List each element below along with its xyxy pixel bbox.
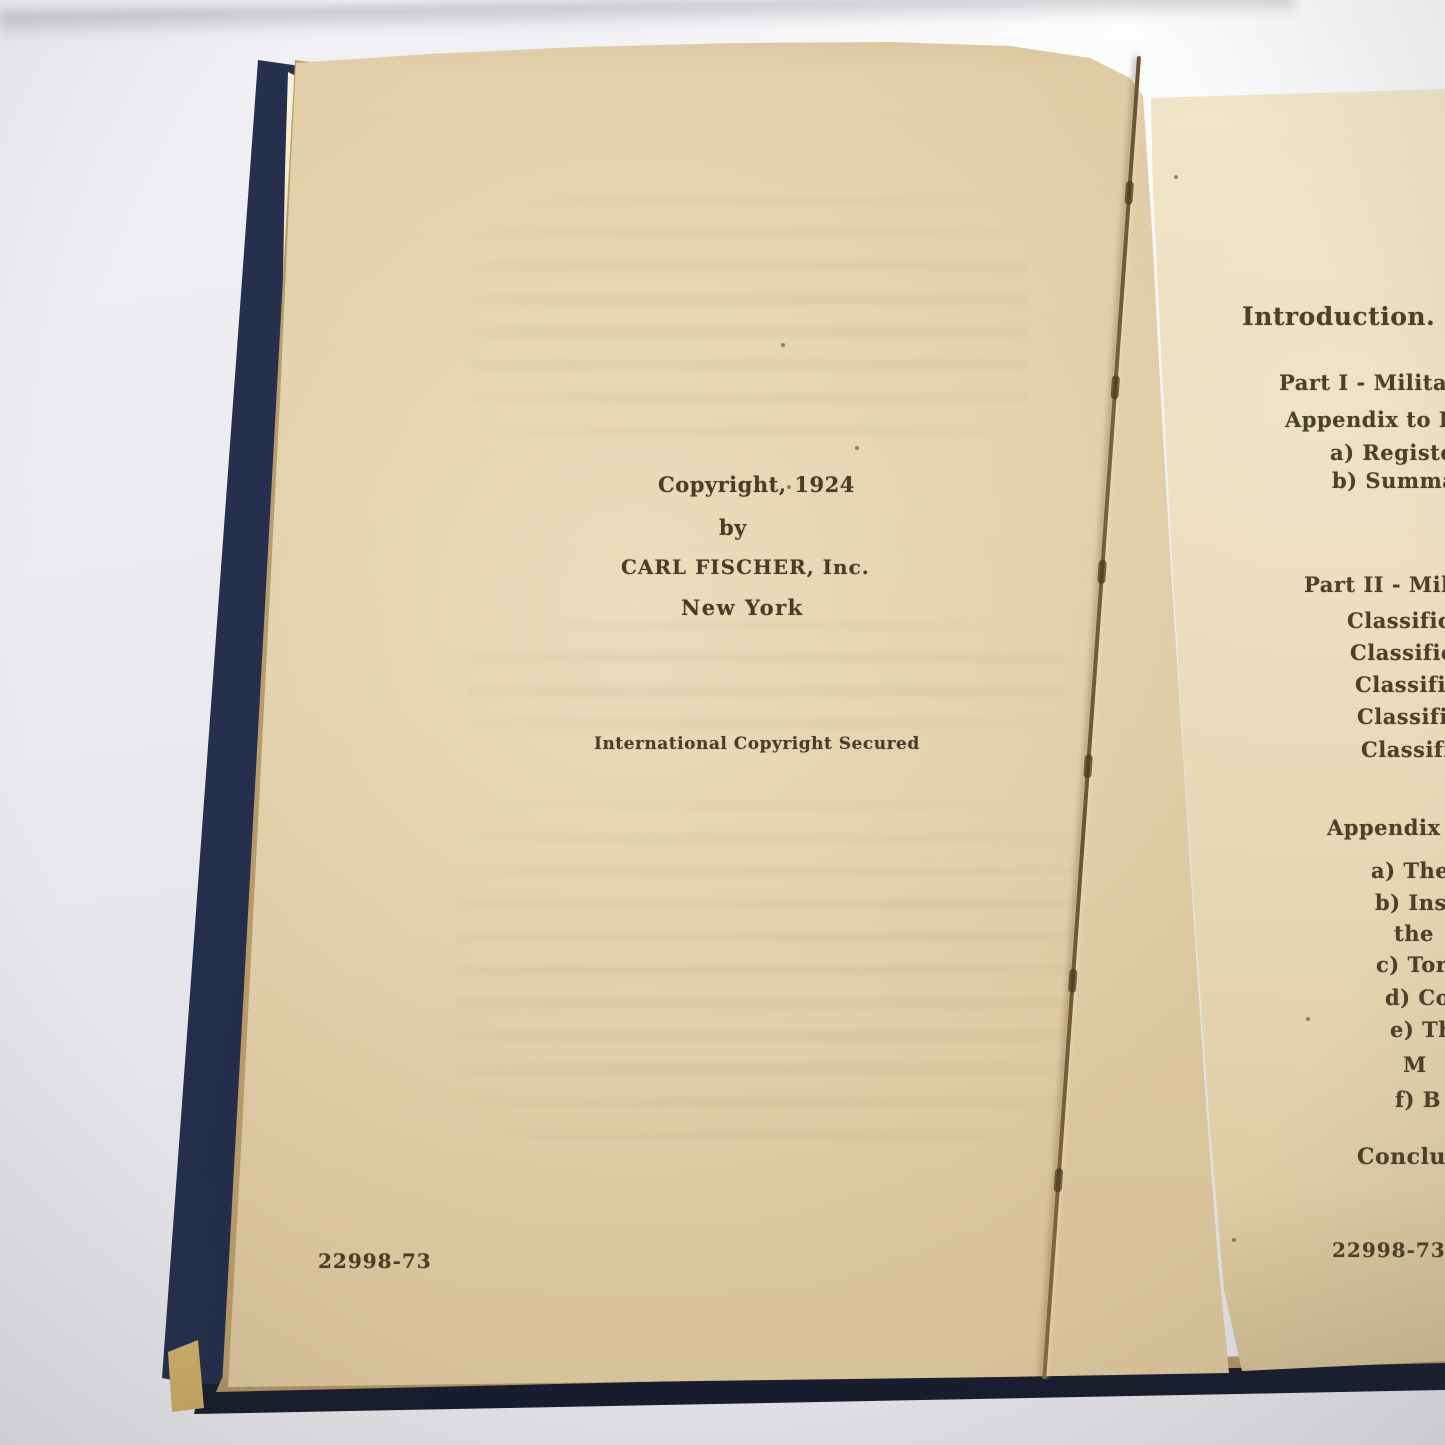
book-photo-scene: Copyright, 1924 by CARL FISCHER, Inc. Ne… — [0, 0, 1445, 1445]
photo-vignette — [0, 0, 1445, 1445]
